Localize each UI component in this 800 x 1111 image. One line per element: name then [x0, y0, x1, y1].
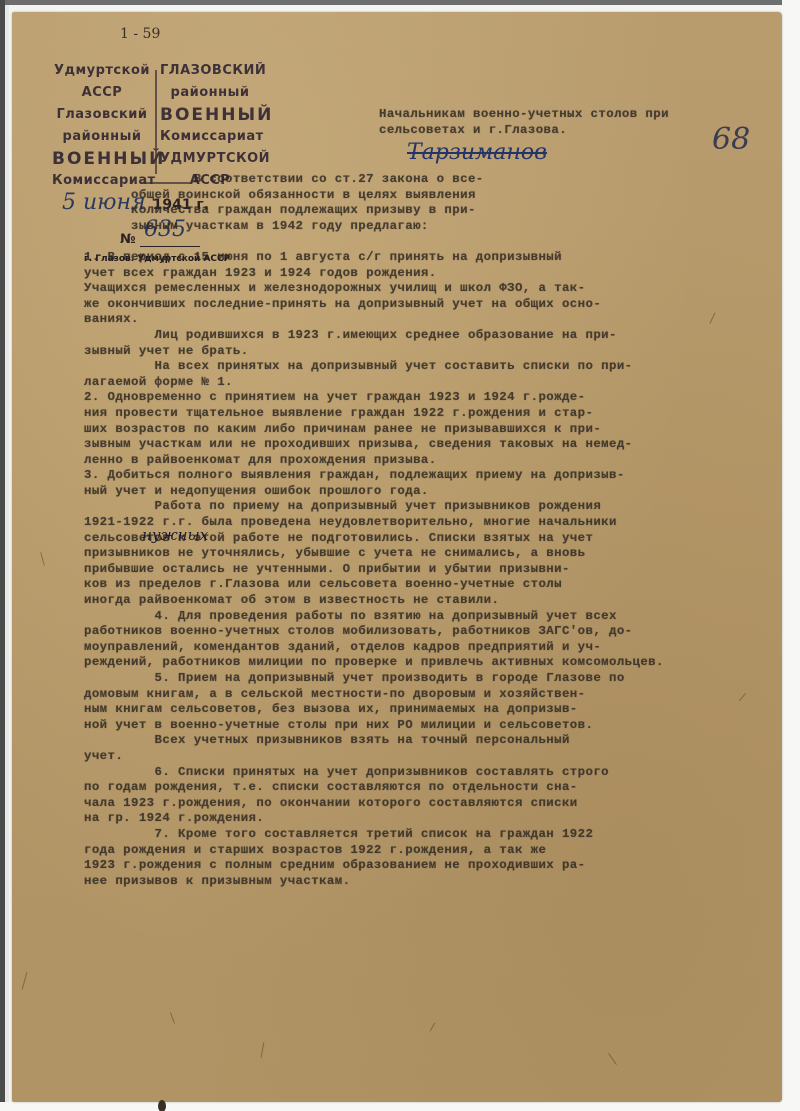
handwritten-margin-note: нужных [142, 526, 208, 544]
body-line: общей воинской обязанности в целях выявл… [84, 188, 664, 204]
body-line: прибывшие остались не учтенными. О прибы… [84, 562, 664, 578]
body-line: призывников не уточнялись, убывшие с уче… [84, 546, 664, 562]
body-line: 6. Списки принятых на учет допризывников… [84, 765, 664, 781]
body-line: ваниях. [84, 312, 664, 328]
paper-fibre [430, 1022, 436, 1031]
paper-fibre [710, 312, 716, 323]
paper-blemish [158, 1100, 166, 1111]
body-line: В соответствии со ст.27 закона о все- [84, 172, 664, 188]
body-line: Работа по приему на допризывный учет при… [84, 499, 664, 515]
body-line: 1. В период с 15 июня по 1 августа с/г п… [84, 250, 664, 266]
paper-fibre [608, 1053, 617, 1065]
body-line: моуправлений, комендантов зданий, отдело… [84, 640, 664, 656]
body-line: по годам рождения, т.е. списки составляю… [84, 780, 664, 796]
body-line: чала 1923 г.рождения, по окончании котор… [84, 796, 664, 812]
body-line: зывный учет не брать. [84, 344, 664, 360]
stamp-line: ВОЕННЫЙ [160, 104, 260, 126]
archive-page-number: 68 [712, 122, 750, 157]
body-line: 1923 г.рождения с полным средним образов… [84, 858, 664, 874]
addressee-line: сельсоветах и г.Глазова. [379, 123, 669, 139]
scan-frame-inner [5, 5, 9, 1111]
stamp-line: Удмуртской [52, 60, 152, 82]
archive-mark: 1 - 59 [120, 26, 160, 42]
body-line: количества граждан подлежащих призыву в … [84, 203, 664, 219]
stamp-line: ВОЕННЫЙ [52, 148, 152, 170]
body-line: же окончивших последние-принять на допри… [84, 297, 664, 313]
paper-fibre [261, 1042, 265, 1058]
body-line: Учащихся ремесленных и железнодорожных у… [84, 281, 664, 297]
handwritten-signature: Тарзиманов [407, 140, 547, 165]
body-line: учет. [84, 749, 664, 765]
body-line: работников военно-учетных столов мобилиз… [84, 624, 664, 640]
body-line: зывным участкам в 1942 году предлагаю: [84, 219, 664, 235]
stamp-line: ГЛАЗОВСКИЙ [160, 60, 260, 82]
body-line: нее призывов к призывным участкам. [84, 874, 664, 890]
body-line: домовым книгам, а в сельской местности-п… [84, 687, 664, 703]
scan-background-bottom [0, 1102, 800, 1111]
body-line: На всех принятых на допризывный учет сос… [84, 359, 664, 375]
stamp-line: районный [52, 126, 152, 148]
body-line: ный учет и недопущения ошибок прошлого г… [84, 484, 664, 500]
body-line: ших возрастов по каким либо причинам ран… [84, 422, 664, 438]
body-line [84, 234, 664, 250]
stamp-line: АССР [52, 82, 152, 104]
addressee-block: Начальникам военно-учетных столов присел… [379, 107, 669, 138]
body-line: ленно в райвоенкомат для прохождения при… [84, 453, 664, 469]
body-line: реждений, работников милиции по проверке… [84, 655, 664, 671]
body-line: ным книгам сельсоветов, без вызова их, п… [84, 702, 664, 718]
body-line: на гр. 1924 г.рождения. [84, 811, 664, 827]
body-line: 7. Кроме того составляется третий список… [84, 827, 664, 843]
scan-background-right [782, 0, 800, 1111]
paper-fibre [22, 972, 28, 990]
body-line: 4. Для проведения работы по взятию на до… [84, 609, 664, 625]
stamp-line: УДМУРТСКОЙ [160, 148, 260, 170]
paper-fibre [40, 552, 45, 566]
addressee-line: Начальникам военно-учетных столов при [379, 107, 669, 123]
document-page: 1 - 59 Удмуртской АССР Глазовский районн… [12, 12, 782, 1102]
scan-frame-top [0, 0, 800, 5]
body-line: 5. Прием на допризывный учет производить… [84, 671, 664, 687]
body-line: Всех учетных призывников взять на точный… [84, 733, 664, 749]
body-line: зывным участкам или не проходивших призы… [84, 437, 664, 453]
paper-fibre [739, 693, 746, 701]
stamp-divider [155, 70, 157, 174]
body-line: лагаемой форме № 1. [84, 375, 664, 391]
paper-fibre [170, 1012, 175, 1024]
stamp-line: Комиссариат [160, 126, 260, 148]
body-line: иногда райвоенкомат об этом в известност… [84, 593, 664, 609]
body-line: ния провести тщательное выявление гражда… [84, 406, 664, 422]
body-line: ной учет в военно-учетные столы при них … [84, 718, 664, 734]
body-line: года рождения и старших возрастов 1922 г… [84, 843, 664, 859]
body-line: ков из пределов г.Глазова или сельсовета… [84, 577, 664, 593]
body-line: учет всех граждан 1923 и 1924 годов рожд… [84, 266, 664, 282]
stamp-line: районный [160, 82, 260, 104]
body-line: 2. Одновременно с принятием на учет граж… [84, 390, 664, 406]
body-line: Лиц родившихся в 1923 г.имеющих среднее … [84, 328, 664, 344]
body-line: 3. Добиться полного выявления граждан, п… [84, 468, 664, 484]
stamp-line: Глазовский [52, 104, 152, 126]
